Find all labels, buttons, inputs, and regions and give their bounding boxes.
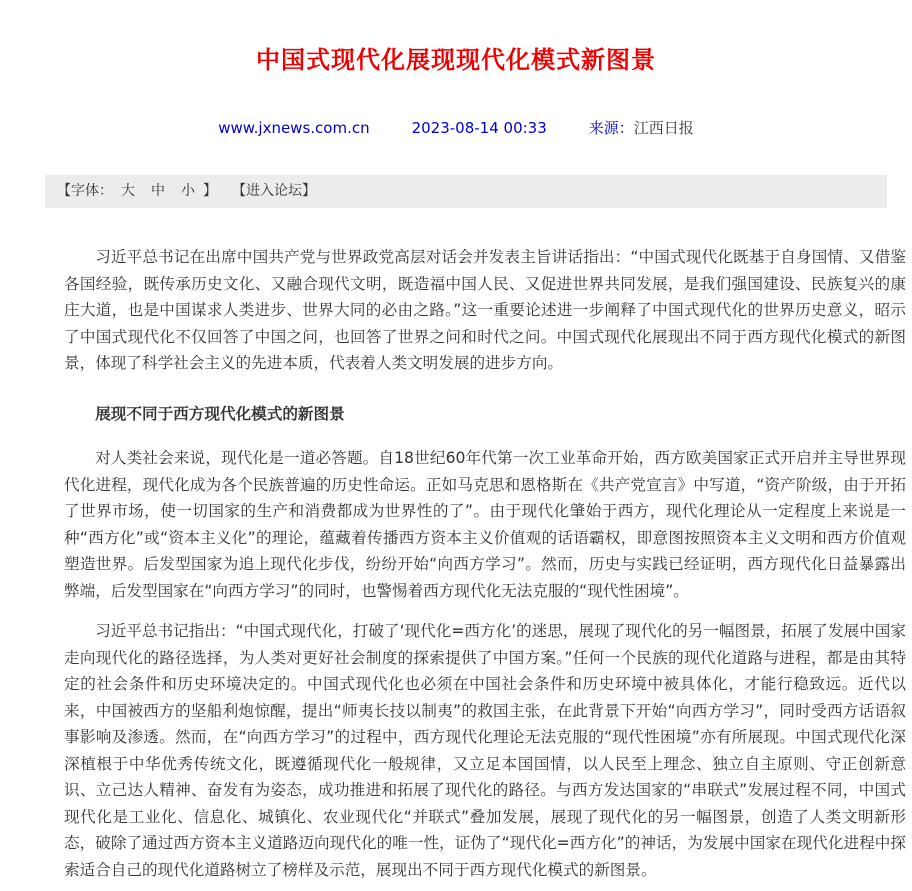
- paragraph-3: 习近平总书记指出：“中国式现代化，打破了‘现代化=西方化’的迷思，展现了现代化的…: [64, 618, 906, 883]
- section-subheading: 展现不同于西方现代化模式的新图景: [64, 401, 906, 428]
- source-name: 江西日报: [634, 119, 694, 137]
- font-size-suffix: 】: [203, 183, 217, 199]
- article-meta-row: www.jxnews.com.cn 2023-08-14 00:33 来源：江西…: [0, 117, 912, 138]
- article-body: 习近平总书记在出席中国共产党与世界政党高层对话会并发表主旨讲话指出：“中国式现代…: [64, 244, 906, 883]
- font-size-small-button[interactable]: 小: [181, 183, 195, 199]
- font-size-prefix: 【字体：: [57, 183, 113, 199]
- font-size-medium-button[interactable]: 中: [151, 183, 165, 199]
- source-group: 来源：江西日报: [589, 117, 694, 138]
- publish-datetime: 2023-08-14 00:33: [412, 119, 547, 137]
- paragraph-1: 习近平总书记在出席中国共产党与世界政党高层对话会并发表主旨讲话指出：“中国式现代…: [64, 244, 906, 377]
- paragraph-2: 对人类社会来说，现代化是一道必答题。自18世纪60年代第一次工业革命开始，西方欧…: [64, 445, 906, 604]
- enter-forum-link[interactable]: 【进入论坛】: [239, 183, 316, 199]
- page-title: 中国式现代化展现现代化模式新图景: [10, 40, 902, 75]
- font-size-large-button[interactable]: 大: [121, 183, 135, 199]
- article-toolbar: 【字体：大中小】【进入论坛】: [45, 175, 887, 208]
- source-label: 来源：: [589, 119, 634, 137]
- site-url-link[interactable]: www.jxnews.com.cn: [218, 119, 369, 137]
